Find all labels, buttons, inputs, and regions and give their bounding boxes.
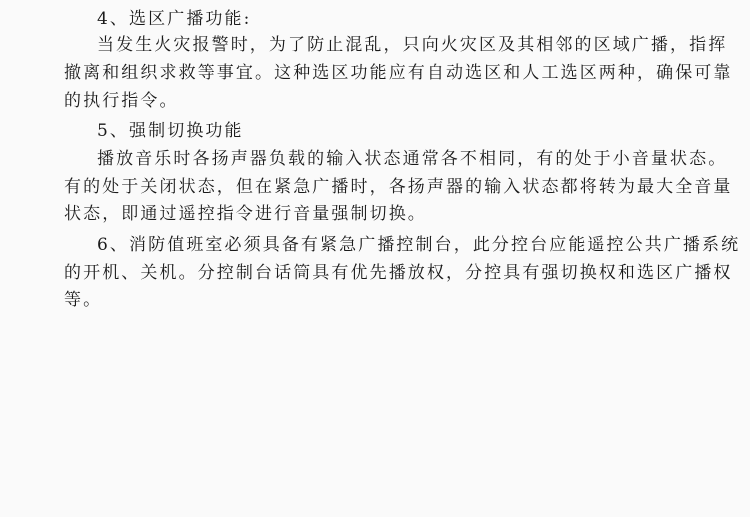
section-5-paragraph-line-3: 状态，即通过遥控指令进行音量强制切换。	[64, 204, 427, 224]
section-5-paragraph-line-1: 播放音乐时各扬声器负载的输入状态通常各不相同，有的处于小音量状态。	[97, 149, 727, 169]
section-6-paragraph-line-2: 的开机、关机。分控制台话筒具有优先播放权，分控具有强切换权和选区广播权	[64, 263, 733, 283]
section-4-heading: 4、选区广播功能:	[97, 9, 251, 29]
section-6-paragraph-line-3: 等。	[64, 290, 102, 310]
section-4-paragraph-line-1: 当发生火灾报警时，为了防止混乱，只向火灾区及其相邻的区域广播，指挥	[97, 35, 727, 55]
section-4-paragraph-line-3: 的执行指令。	[64, 91, 179, 111]
document-page: 4、选区广播功能: 当发生火灾报警时，为了防止混乱，只向火灾区及其相邻的区域广播…	[0, 0, 750, 517]
section-6-paragraph-line-1: 6、消防值班室必须具备有紧急广播控制台，此分控台应能遥控公共广播系统	[97, 235, 740, 255]
section-5-paragraph-line-2: 有的处于关闭状态，但在紧急广播时，各扬声器的输入状态都将转为最大全音量	[64, 177, 733, 197]
section-4-paragraph-line-2: 撤离和组织求救等事宜。这种选区功能应有自动选区和人工选区两种，确保可靠	[64, 63, 733, 83]
section-5-heading: 5、强制切换功能	[97, 121, 244, 141]
